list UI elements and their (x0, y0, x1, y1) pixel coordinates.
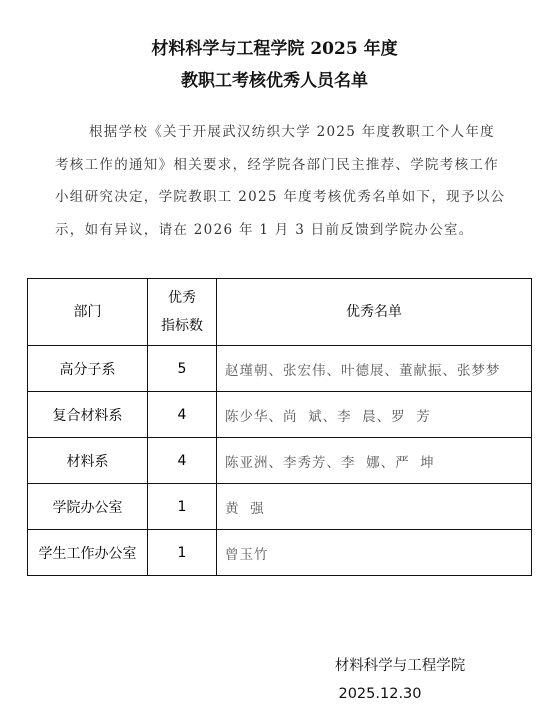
header-quota: 优秀指标数 (148, 279, 217, 346)
row-department: 复合材料系 (28, 392, 148, 438)
row-department: 学生工作办公室 (28, 530, 148, 576)
row-names: 黄 强 (217, 484, 532, 530)
table-row: 复合材料系 4 陈少华、尚 斌、李 晨、罗 芳 (28, 392, 532, 438)
row-department: 高分子系 (28, 346, 148, 392)
notice-paragraph: 根据学校《关于开展武汉纺织大学 2025 年度教职工个人年度考核工作的通知》相关… (55, 116, 507, 246)
row-quota: 1 (148, 530, 217, 576)
row-quota: 4 (148, 392, 217, 438)
row-names: 陈亚洲、李秀芳、李 娜、严 坤 (217, 438, 532, 484)
table-row: 材料系 4 陈亚洲、李秀芳、李 娜、严 坤 (28, 438, 532, 484)
row-names: 陈少华、尚 斌、李 晨、罗 芳 (217, 392, 532, 438)
row-names: 曾玉竹 (217, 530, 532, 576)
document-title-line2: 教职工考核优秀人员名单 (0, 66, 549, 91)
header-quota-line2: 指标数 (161, 318, 203, 334)
header-names: 优秀名单 (217, 279, 532, 346)
excellent-staff-table: 部门 优秀指标数 优秀名单 高分子系 5 赵瑾朝、张宏伟、叶德展、董献振、张梦梦… (27, 278, 532, 576)
table-row: 学生工作办公室 1 曾玉竹 (28, 530, 532, 576)
row-quota: 1 (148, 484, 217, 530)
signature-org: 材料科学与工程学院 (290, 654, 510, 675)
row-quota: 5 (148, 346, 217, 392)
document-title-line1: 材料科学与工程学院 2025 年度 (0, 34, 549, 59)
header-department: 部门 (28, 279, 148, 346)
header-quota-line1: 优秀 (168, 290, 196, 306)
table-row: 高分子系 5 赵瑾朝、张宏伟、叶德展、董献振、张梦梦 (28, 346, 532, 392)
row-names: 赵瑾朝、张宏伟、叶德展、董献振、张梦梦 (217, 346, 532, 392)
table-row: 学院办公室 1 黄 强 (28, 484, 532, 530)
signature-date: 2025.12.30 (270, 686, 490, 702)
table-header-row: 部门 优秀指标数 优秀名单 (28, 279, 532, 346)
row-department: 学院办公室 (28, 484, 148, 530)
row-department: 材料系 (28, 438, 148, 484)
row-quota: 4 (148, 438, 217, 484)
paragraph-text: 根据学校《关于开展武汉纺织大学 2025 年度教职工个人年度考核工作的通知》相关… (55, 124, 505, 238)
